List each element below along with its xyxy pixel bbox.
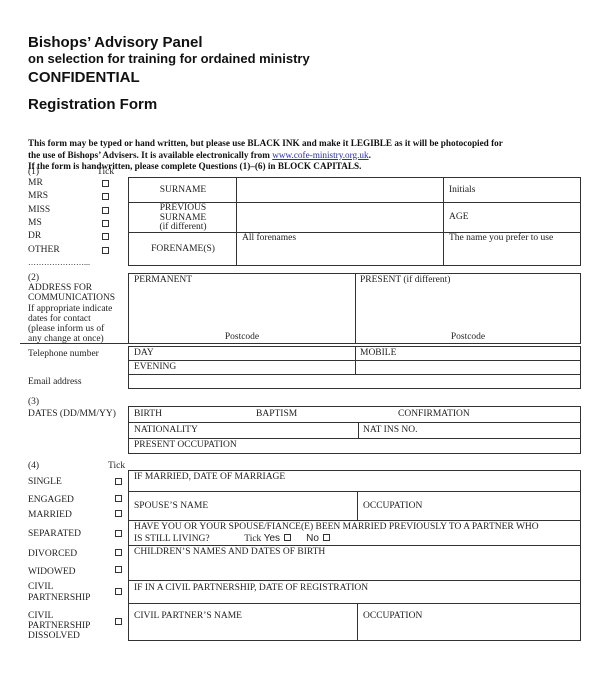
cp-occupation-field[interactable] xyxy=(359,622,579,640)
section-4-tick-label: Tick xyxy=(108,461,125,472)
title-ms-checkbox[interactable] xyxy=(102,220,109,227)
title-miss-checkbox[interactable] xyxy=(102,207,109,214)
status-married-label: MARRIED xyxy=(28,510,72,521)
address-label-line: If appropriate indicate xyxy=(28,304,115,314)
cp-name-field[interactable] xyxy=(130,622,356,640)
status-cp-dissolved-checkbox[interactable] xyxy=(115,618,122,625)
address-label-line: ADDRESS FOR xyxy=(28,283,115,293)
divider xyxy=(357,603,358,641)
previously-married-question-2: IS STILL LIVING? Tick Yes No xyxy=(134,533,332,545)
present-occupation-field[interactable] xyxy=(250,440,579,452)
address-label-line: (please inform us of xyxy=(28,324,115,334)
telephone-label: Telephone number xyxy=(28,349,99,360)
title-mr-checkbox[interactable] xyxy=(102,180,109,187)
section-1-number: (1) xyxy=(28,167,39,178)
surname-field[interactable] xyxy=(238,179,442,201)
present-postcode-label: Postcode xyxy=(355,332,581,343)
no-checkbox[interactable] xyxy=(323,534,330,541)
confirmation-date-label: CONFIRMATION xyxy=(398,409,470,420)
spouse-occupation-label: OCCUPATION xyxy=(363,501,422,512)
title-mrs-label: MRS xyxy=(28,191,48,202)
present-occupation-label: PRESENT OCCUPATION xyxy=(134,440,237,451)
dates-label: DATES (DD/MM/YY) xyxy=(28,409,116,420)
panel-subtitle: on selection for training for ordained m… xyxy=(28,51,310,66)
status-single-label: SINGLE xyxy=(28,477,62,488)
status-widowed-label: WIDOWED xyxy=(28,567,75,578)
intro-line-2: the use of Bishops’ Advisers. It is avai… xyxy=(28,150,588,162)
email-label: Email address xyxy=(28,377,82,388)
address-section-label: (2) ADDRESS FOR COMMUNICATIONS If approp… xyxy=(28,273,115,344)
evening-phone-label: EVENING xyxy=(134,362,176,373)
divider xyxy=(357,491,358,520)
intro-line-2-text: the use of Bishops’ Advisers. It is avai… xyxy=(28,150,272,160)
spouse-name-field[interactable] xyxy=(215,493,356,519)
intro-line-2-suffix: . xyxy=(369,150,371,160)
email-field[interactable] xyxy=(130,375,579,388)
divider xyxy=(128,520,581,521)
cofe-ministry-link[interactable]: www.cofe-ministry.org.uk xyxy=(272,150,368,160)
day-phone-field[interactable] xyxy=(160,347,354,359)
baptism-date-field[interactable] xyxy=(302,408,397,421)
divider xyxy=(20,343,128,344)
mobile-phone-label: MOBILE xyxy=(360,348,396,359)
divider xyxy=(128,603,581,604)
confirmation-date-field[interactable] xyxy=(478,408,579,421)
birth-date-field[interactable] xyxy=(165,408,253,421)
cp-occupation-label: OCCUPATION xyxy=(363,611,422,622)
divider xyxy=(236,177,237,266)
confidential-label: CONFIDENTIAL xyxy=(28,69,140,86)
initials-field[interactable] xyxy=(445,179,579,201)
preferred-name-field[interactable] xyxy=(445,234,579,265)
previously-married-question: HAVE YOU OR YOUR SPOUSE/FIANCE(E) BEEN M… xyxy=(134,522,539,533)
previous-surname-field[interactable] xyxy=(238,204,442,231)
title-other-label: OTHER xyxy=(28,245,60,256)
divider xyxy=(128,422,581,423)
tick-label: Tick xyxy=(244,534,261,544)
status-cp-dissolved-label: CIVIL PARTNERSHIP DISSOLVED xyxy=(28,611,90,641)
address-label-line: COMMUNICATIONS xyxy=(28,293,115,303)
status-single-checkbox[interactable] xyxy=(115,478,122,485)
section-1-tick-label: Tick xyxy=(97,167,114,178)
intro-line-1: This form may be typed or hand written, … xyxy=(28,138,588,150)
permanent-postcode-label: Postcode xyxy=(128,332,356,343)
permanent-address-label: PERMANENT xyxy=(134,275,192,286)
baptism-date-label: BAPTISM xyxy=(256,409,297,420)
divider xyxy=(358,422,359,438)
still-living-label: IS STILL LIVING? xyxy=(134,534,210,544)
cp-dissolved-label-line: DISSOLVED xyxy=(28,631,90,641)
forenames-label: FORENAME(S) xyxy=(130,244,236,255)
title-dr-checkbox[interactable] xyxy=(102,233,109,240)
mobile-phone-field[interactable] xyxy=(400,347,579,359)
cp-dissolved-label-line: PARTNERSHIP xyxy=(28,621,90,631)
divider xyxy=(128,545,581,546)
title-mr-label: MR xyxy=(28,178,43,189)
divider xyxy=(128,580,581,581)
section-4-number: (4) xyxy=(28,461,39,472)
civil-partnership-label-line: CIVIL xyxy=(28,582,90,593)
previous-surname-label: PREVIOUS SURNAME (if different) xyxy=(130,204,236,233)
age-field[interactable] xyxy=(445,204,579,231)
address-label-line: dates for contact xyxy=(28,314,115,324)
yes-label: Yes xyxy=(264,533,280,544)
nat-ins-field[interactable] xyxy=(425,424,579,437)
status-married-checkbox[interactable] xyxy=(115,510,122,517)
spouse-occupation-field[interactable] xyxy=(430,493,579,519)
section-3-number: (3) xyxy=(28,397,39,408)
status-civil-partnership-label: CIVIL PARTNERSHIP xyxy=(28,582,90,604)
previous-surname-label-line: (if different) xyxy=(130,223,236,233)
status-civil-partnership-checkbox[interactable] xyxy=(115,588,122,595)
section-2-number: (2) xyxy=(28,273,115,283)
cp-date-label: IF IN A CIVIL PARTNERSHIP, DATE OF REGIS… xyxy=(134,583,368,594)
status-widowed-checkbox[interactable] xyxy=(115,566,122,573)
title-ms-label: MS xyxy=(28,218,42,229)
title-dr-label: DR xyxy=(28,231,41,242)
marriage-date-field[interactable] xyxy=(130,482,579,490)
divider xyxy=(443,177,444,266)
status-divorced-checkbox[interactable] xyxy=(115,549,122,556)
no-label: No xyxy=(306,533,319,544)
cp-date-field[interactable] xyxy=(130,594,579,602)
title-miss-label: MISS xyxy=(28,205,50,216)
title-other-dots[interactable]: …………………... xyxy=(28,257,90,268)
nationality-label: NATIONALITY xyxy=(134,425,198,436)
form-title: Registration Form xyxy=(28,96,157,113)
civil-partnership-label-line: PARTNERSHIP xyxy=(28,593,90,604)
permanent-address-field[interactable] xyxy=(130,286,354,330)
status-engaged-label: ENGAGED xyxy=(28,495,74,506)
spouse-name-label: SPOUSE’S NAME xyxy=(134,501,208,512)
cp-name-label: CIVIL PARTNER’S NAME xyxy=(134,611,242,622)
surname-label: SURNAME xyxy=(130,185,236,196)
nat-ins-label: NAT INS NO. xyxy=(363,425,417,436)
forenames-field[interactable] xyxy=(238,234,442,265)
present-address-label: PRESENT (if different) xyxy=(360,275,450,286)
children-field[interactable] xyxy=(130,558,579,579)
status-divorced-label: DIVORCED xyxy=(28,549,77,560)
panel-title: Bishops’ Advisory Panel xyxy=(28,34,203,51)
status-separated-label: SEPARATED xyxy=(28,529,81,540)
nationality-field[interactable] xyxy=(200,424,357,437)
divider xyxy=(128,491,581,492)
divider xyxy=(128,438,581,439)
cp-dissolved-label-line: CIVIL xyxy=(28,611,90,621)
mobile-extra-field[interactable] xyxy=(357,361,579,373)
yes-checkbox[interactable] xyxy=(284,534,291,541)
divider xyxy=(355,346,356,374)
title-other-checkbox[interactable] xyxy=(102,247,109,254)
evening-phone-field[interactable] xyxy=(180,361,354,373)
status-engaged-checkbox[interactable] xyxy=(115,495,122,502)
day-phone-label: DAY xyxy=(134,348,154,359)
status-separated-checkbox[interactable] xyxy=(115,530,122,537)
present-address-field[interactable] xyxy=(357,286,579,330)
children-label: CHILDREN’S NAMES AND DATES OF BIRTH xyxy=(134,547,325,558)
birth-date-label: BIRTH xyxy=(134,409,162,420)
title-mrs-checkbox[interactable] xyxy=(102,193,109,200)
